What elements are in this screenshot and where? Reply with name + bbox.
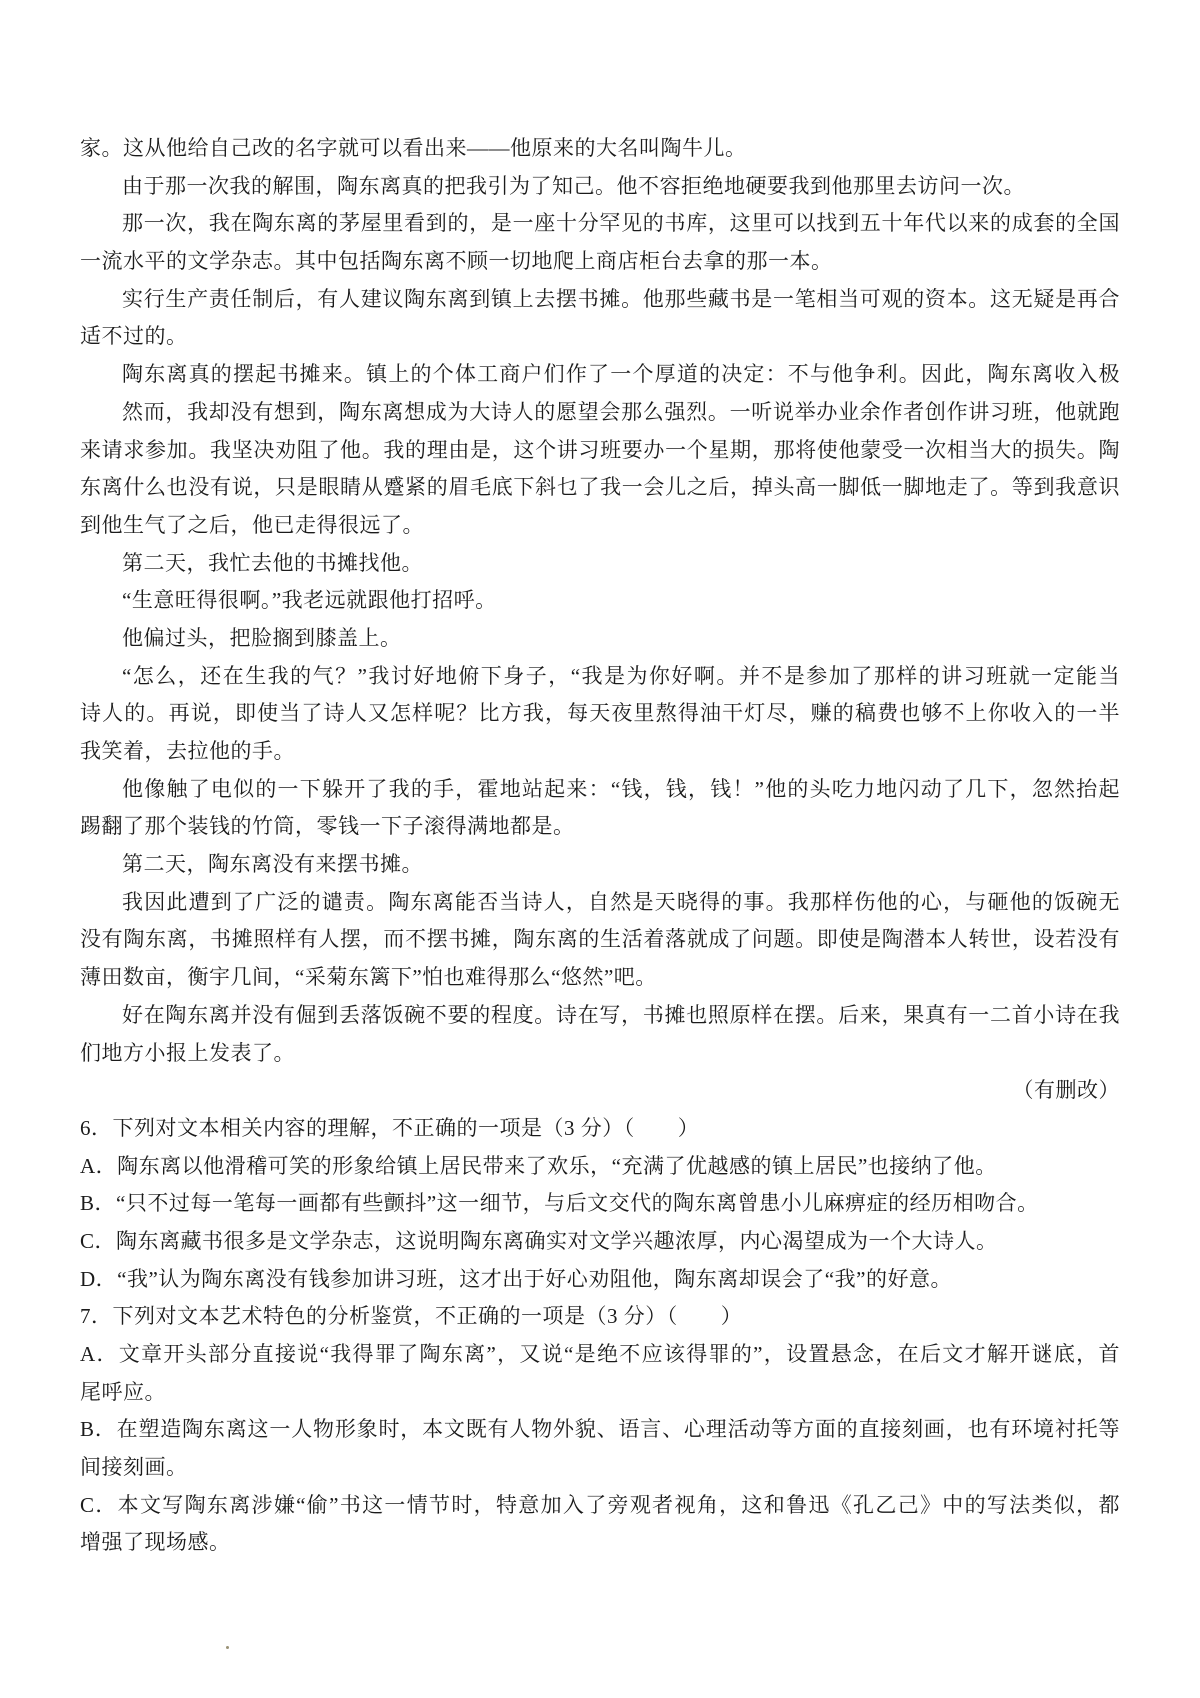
passage-attribution: （有删改） bbox=[80, 1072, 1120, 1110]
question-6-stem: 6．下列对文本相关内容的理解，不正确的一项是（3 分）（ ） bbox=[80, 1110, 1120, 1148]
question-7-option-c-cont: 增强了现场感。 bbox=[80, 1524, 1120, 1562]
question-6-option-d: D．“我”认为陶东离没有钱参加讲习班，这才出于好心劝阻他，陶东离却误会了“我”的… bbox=[80, 1261, 1120, 1299]
passage-line: 陶东离真的摆起书摊来。镇上的个体工商户们作了一个厚道的决定：不与他争利。因此，陶… bbox=[80, 356, 1120, 394]
question-7-option-a-cont: 尾呼应。 bbox=[80, 1374, 1120, 1412]
passage-line: 由于那一次我的解围，陶东离真的把我引为了知己。他不容拒绝地硬要我到他那里去访问一… bbox=[80, 168, 1120, 206]
scan-artifact-dot bbox=[226, 1646, 229, 1649]
question-6-option-a: A．陶东离以他滑稽可笑的形象给镇上居民带来了欢乐，“充满了优越感的镇上居民”也接… bbox=[80, 1148, 1120, 1186]
passage-line: 他像触了电似的一下躲开了我的手，霍地站起来：“钱，钱，钱！”他的头吃力地闪动了几… bbox=[80, 771, 1120, 809]
passage-line: 诗人的。再说，即使当了诗人又怎样呢？比方我，每天夜里熬得油干灯尽，赚的稿费也够不… bbox=[80, 695, 1120, 733]
passage-line: “怎么，还在生我的气？”我讨好地俯下身子，“我是为你好啊。并不是参加了那样的讲习… bbox=[80, 658, 1120, 696]
passage-line: 东离什么也没有说，只是眼睛从蹙紧的眉毛底下斜乜了我一会儿之后，掉头高一脚低一脚地… bbox=[80, 469, 1120, 507]
passage-line: 那一次，我在陶东离的茅屋里看到的，是一座十分罕见的书库，这里可以找到五十年代以来… bbox=[80, 205, 1120, 243]
question-7-option-a: A．文章开头部分直接说“我得罪了陶东离”，又说“是绝不应该得罪的”，设置悬念，在… bbox=[80, 1336, 1120, 1374]
question-7-option-b: B．在塑造陶东离这一人物形象时，本文既有人物外貌、语言、心理活动等方面的直接刻画… bbox=[80, 1411, 1120, 1449]
document-lines: 家。这从他给自己改的名字就可以看出来——他原来的大名叫陶牛儿。由于那一次我的解围… bbox=[80, 130, 1120, 1562]
passage-line: 我因此遭到了广泛的谴责。陶东离能否当诗人，自然是天晓得的事。我那样伤他的心，与砸… bbox=[80, 884, 1120, 922]
passage-line: 他偏过头，把脸搁到膝盖上。 bbox=[80, 620, 1120, 658]
question-7-stem: 7．下列对文本艺术特色的分析鉴赏，不正确的一项是（3 分）（ ） bbox=[80, 1298, 1120, 1336]
passage-line: 我笑着，去拉他的手。 bbox=[80, 733, 1120, 771]
question-6-option-c: C．陶东离藏书很多是文学杂志，这说明陶东离确实对文学兴趣浓厚，内心渴望成为一个大… bbox=[80, 1223, 1120, 1261]
passage-line: 然而，我却没有想到，陶东离想成为大诗人的愿望会那么强烈。一听说举办业余作者创作讲… bbox=[80, 394, 1120, 432]
passage-line: 家。这从他给自己改的名字就可以看出来——他原来的大名叫陶牛儿。 bbox=[80, 130, 1120, 168]
question-6-option-b: B．“只不过每一笔每一画都有些颤抖”这一细节，与后文交代的陶东离曾患小儿麻痹症的… bbox=[80, 1185, 1120, 1223]
passage-line: 薄田数亩，衡宇几间，“采菊东篱下”怕也难得那么“悠然”吧。 bbox=[80, 959, 1120, 997]
passage-line: 第二天，我忙去他的书摊找他。 bbox=[80, 545, 1120, 583]
passage-line: 第二天，陶东离没有来摆书摊。 bbox=[80, 846, 1120, 884]
passage-line: 来请求参加。我坚决劝阻了他。我的理由是，这个讲习班要办一个星期，那将使他蒙受一次… bbox=[80, 432, 1120, 470]
passage-line: 适不过的。 bbox=[80, 318, 1120, 356]
exam-page: 家。这从他给自己改的名字就可以看出来——他原来的大名叫陶牛儿。由于那一次我的解围… bbox=[0, 0, 1200, 1698]
passage-line: 们地方小报上发表了。 bbox=[80, 1035, 1120, 1073]
passage-line: 好在陶东离并没有倔到丢落饭碗不要的程度。诗在写，书摊也照原样在摆。后来，果真有一… bbox=[80, 997, 1120, 1035]
passage-line: 到他生气了之后，他已走得很远了。 bbox=[80, 507, 1120, 545]
passage-line: “生意旺得很啊。”我老远就跟他打招呼。 bbox=[80, 582, 1120, 620]
passage-line: 一流水平的文学杂志。其中包括陶东离不顾一切地爬上商店柜台去拿的那一本。 bbox=[80, 243, 1120, 281]
question-7-option-c: C．本文写陶东离涉嫌“偷”书这一情节时，特意加入了旁观者视角，这和鲁迅《孔乙己》… bbox=[80, 1487, 1120, 1525]
question-7-option-b-cont: 间接刻画。 bbox=[80, 1449, 1120, 1487]
passage-line: 踢翻了那个装钱的竹筒，零钱一下子滚得满地都是。 bbox=[80, 808, 1120, 846]
passage-line: 实行生产责任制后，有人建议陶东离到镇上去摆书摊。他那些藏书是一笔相当可观的资本。… bbox=[80, 281, 1120, 319]
passage-line: 没有陶东离，书摊照样有人摆，而不摆书摊，陶东离的生活着落就成了问题。即使是陶潜本… bbox=[80, 921, 1120, 959]
